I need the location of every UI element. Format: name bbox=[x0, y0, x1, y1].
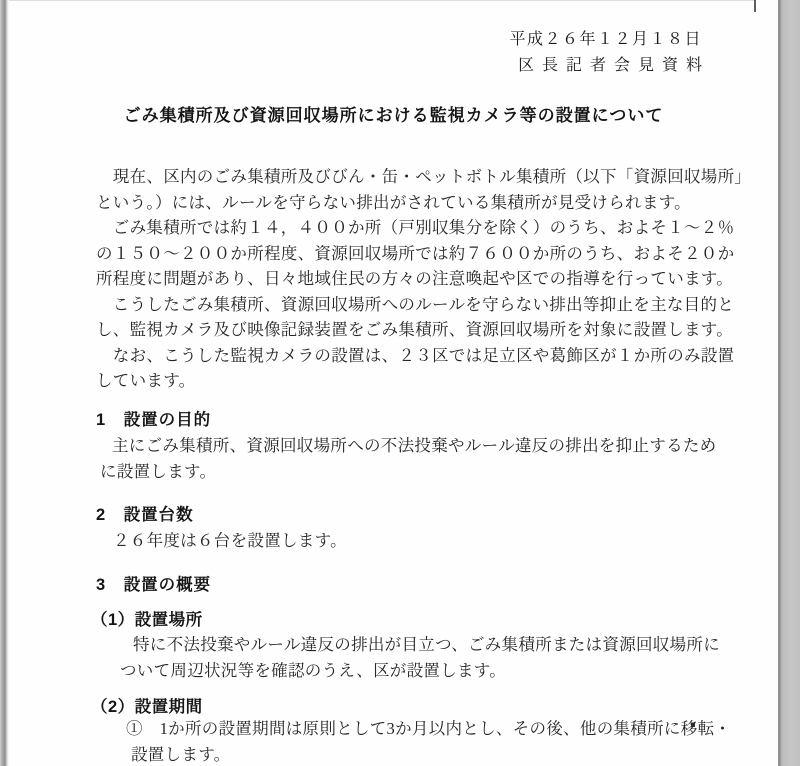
subsection-1-heading: （1）設置場所 bbox=[91, 606, 203, 630]
body-line: 設置します。 bbox=[126, 742, 731, 766]
header-doc-label: 区長記者会見資料 bbox=[509, 53, 710, 79]
section-1-heading: 1 設置の目的 bbox=[96, 406, 211, 430]
body-line: に設置します。 bbox=[100, 459, 716, 485]
page-left-scan-edge bbox=[0, 0, 9, 766]
section-2-heading: 2 設置台数 bbox=[96, 501, 194, 525]
body-line: の１５０～２００か所程度、資源回収場所では約７６００か所のうち、およそ２０か bbox=[96, 241, 751, 267]
body-line: し、監視カメラ及び映像記録装置をごみ集積所、資源回収場所を対象に設置します。 bbox=[96, 317, 751, 343]
document-page: 平成２６年１２月１８日 区長記者会見資料 ごみ集積所及び資源回収場所における監視… bbox=[0, 0, 800, 766]
body-line: ① 1か所の設置期間は原則として3か月以内とし、その後、他の集積所に移転・ bbox=[126, 716, 731, 742]
body-line: なお、こうした監視カメラの設置は、２３区では足立区や葛飾区が１か所のみ設置 bbox=[96, 343, 751, 369]
header-date: 平成２６年１２月１８日 bbox=[509, 27, 702, 53]
body-line: 特に不法投棄やルール違反の排出が目立つ、ごみ集積所または資源回収場所に bbox=[120, 632, 720, 658]
page-right-scan-edge bbox=[778, 0, 800, 766]
body-line: ２６年度は６台を設置します。 bbox=[113, 528, 347, 554]
body-line: こうしたごみ集積所、資源回収場所へのルールを守らない排出等抑止を主な目的と bbox=[96, 292, 751, 318]
section-2-body: ２６年度は６台を設置します。 bbox=[113, 528, 347, 554]
document-header: 平成２６年１２月１８日 区長記者会見資料 bbox=[509, 27, 702, 79]
body-line: 主にごみ集積所、資源回収場所への不法投棄やルール違反の排出を抑止するため bbox=[100, 433, 716, 459]
body-line: 現在、区内のごみ集積所及びびん・缶・ペットボトル集積所（以下「資源回収場所」 bbox=[96, 164, 751, 190]
subsection-2-heading: （2）設置期間 bbox=[91, 693, 203, 717]
intro-paragraphs: 現在、区内のごみ集積所及びびん・缶・ペットボトル集積所（以下「資源回収場所」 と… bbox=[96, 164, 751, 394]
body-line: という。）には、ルールを守らない排出がされている集積所が見受けられます。 bbox=[96, 190, 751, 216]
body-line: ごみ集積所では約１４，４００か所（戸別収集分を除く）のうち、およそ１～２％ bbox=[96, 215, 751, 241]
subsection-1-body: 特に不法投棄やルール違反の排出が目立つ、ごみ集積所または資源回収場所に ついて周… bbox=[120, 632, 720, 683]
section-1-body: 主にごみ集積所、資源回収場所への不法投棄やルール違反の排出を抑止するため に設置… bbox=[100, 433, 716, 484]
body-line: 所程度に問題があり、日々地域住民の方々の注意喚起や区での指導を行っています。 bbox=[96, 266, 751, 292]
body-line: しています。 bbox=[96, 368, 751, 394]
document-title: ごみ集積所及び資源回収場所における監視カメラ等の設置について bbox=[9, 101, 778, 126]
scan-corner-mark bbox=[754, 0, 756, 12]
subsection-2-body: ① 1か所の設置期間は原則として3か月以内とし、その後、他の集積所に移転・ 設置… bbox=[126, 716, 731, 766]
page-top-edge-line bbox=[9, 0, 754, 1]
body-line: ついて周辺状況等を確認のうえ、区が設置します。 bbox=[120, 658, 720, 684]
section-3-heading: 3 設置の概要 bbox=[96, 571, 211, 595]
